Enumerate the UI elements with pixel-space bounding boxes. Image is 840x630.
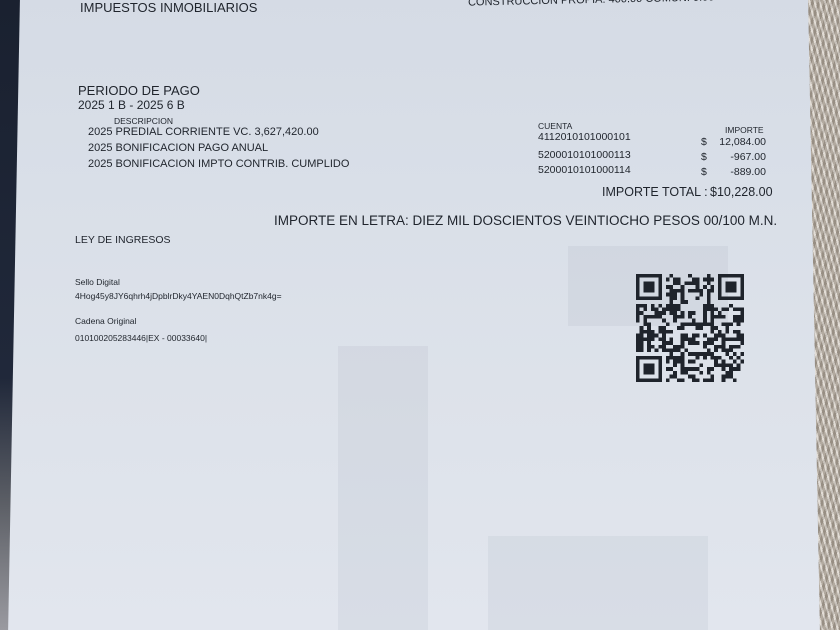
sello-label: Sello Digital — [75, 277, 120, 287]
importe-header: IMPORTE — [725, 125, 764, 135]
total-label: IMPORTE TOTAL : — [602, 185, 708, 199]
document-title: IMPUESTOS INMOBILIARIOS — [80, 0, 257, 15]
qr-code-icon — [636, 273, 744, 383]
importe-row: 12,084.00 — [719, 136, 766, 148]
total-value: $10,228.00 — [710, 185, 773, 199]
descripcion-header: DESCRIPCION — [114, 116, 173, 126]
bleed-through-column — [338, 346, 428, 630]
currency-sign: $ — [701, 151, 707, 163]
descripcion-row: 2025 BONIFICACION PAGO ANUAL — [88, 142, 268, 154]
cadena-value: 010100205283446|EX - 00033640| — [75, 333, 207, 343]
cuenta-header: CUENTA — [538, 121, 572, 131]
cadena-label: Cadena Original — [75, 316, 136, 326]
cuenta-row: 5200010101000114 — [538, 164, 631, 176]
currency-sign: $ — [701, 166, 707, 178]
ley-de-ingresos: LEY DE INGRESOS — [75, 234, 171, 246]
cuenta-row: 4112010101000101 — [538, 131, 631, 143]
periodo-value: 2025 1 B - 2025 6 B — [78, 98, 185, 112]
cuenta-row: 5200010101000113 — [538, 149, 631, 161]
periodo-label: PERIODO DE PAGO — [78, 83, 200, 98]
sello-value: 4Hog45y8JY6qhrh4jDpblrDky4YAEN0DqhQtZb7n… — [75, 291, 282, 301]
descripcion-row: 2025 BONIFICACION IMPTO CONTRIB. CUMPLID… — [88, 158, 349, 170]
importe-en-letra: IMPORTE EN LETRA: DIEZ MIL DOSCIENTOS VE… — [274, 213, 777, 228]
currency-sign: $ — [701, 136, 707, 148]
importe-row: -889.00 — [730, 166, 766, 178]
bleed-through-block — [488, 536, 708, 630]
importe-row: -967.00 — [730, 151, 766, 163]
descripcion-row: 2025 PREDIAL CORRIENTE VC. 3,627,420.00 — [88, 126, 319, 138]
